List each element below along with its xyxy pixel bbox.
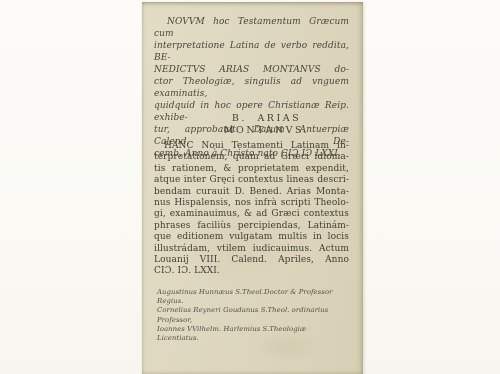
signature-line: Ioannes VVilhelm. Harlemius S.Theologiæ … [157,325,349,343]
author-heading: B. ARIAS MONTANVS. [154,113,349,137]
attestation-line: CIƆ. IƆ. LXXI. [154,266,349,277]
approbation-line: NEDICTVS ARIAS MONTANVS do- [154,64,349,76]
attestation-line: atque inter Gręci contextus lineas descr… [154,175,349,186]
attestation-line: nus Hispalensis, nos infrà scripti Theol… [154,198,349,209]
attestation-line: gi, examinauimus, & ad Græci contextus [154,209,349,220]
attestation-line: bendam curauit D. Bened. Arias Monta- [154,187,349,198]
book-page: NOVVM hoc Testamentum Græcum cum interpr… [142,2,363,374]
signature-line: Cornelius Reyneri Goudanus S.Theol. ordi… [157,306,349,324]
attestation-line: illustrádam, vtilem iudicauimus. Actum [154,244,349,255]
attestation-line: tis rationem, & proprietatem expendit, [154,164,349,175]
attestation-paragraph: HANC Noui Testamenti Latinam in- terpret… [154,141,349,278]
approbation-line: interpretatione Latina de verbo reddita,… [154,40,349,64]
signature-line: Augustinus Hunnæus S.Theol.Doctor & Prof… [157,288,349,306]
attestation-line: que editionem vulgatam multis in locis [154,232,349,243]
attestation-line: HANC Noui Testamenti Latinam in- [154,141,349,152]
attestation-line: terpretationem, quam ad Græci idioma- [154,152,349,163]
approbation-line: ctor Theologiæ, singulis ad vnguem exami… [154,76,349,100]
approbation-line: NOVVM hoc Testamentum Græcum cum [154,16,349,40]
signatures-block: Augustinus Hunnæus S.Theol.Doctor & Prof… [157,288,349,343]
attestation-line: phrases faciliùs percipiendas, Latinám- [154,221,349,232]
attestation-line: Louanij VIII. Calend. Apriles, Anno [154,255,349,266]
approbation-paragraph: NOVVM hoc Testamentum Græcum cum interpr… [154,16,349,160]
scan-background: NOVVM hoc Testamentum Græcum cum interpr… [0,0,500,374]
